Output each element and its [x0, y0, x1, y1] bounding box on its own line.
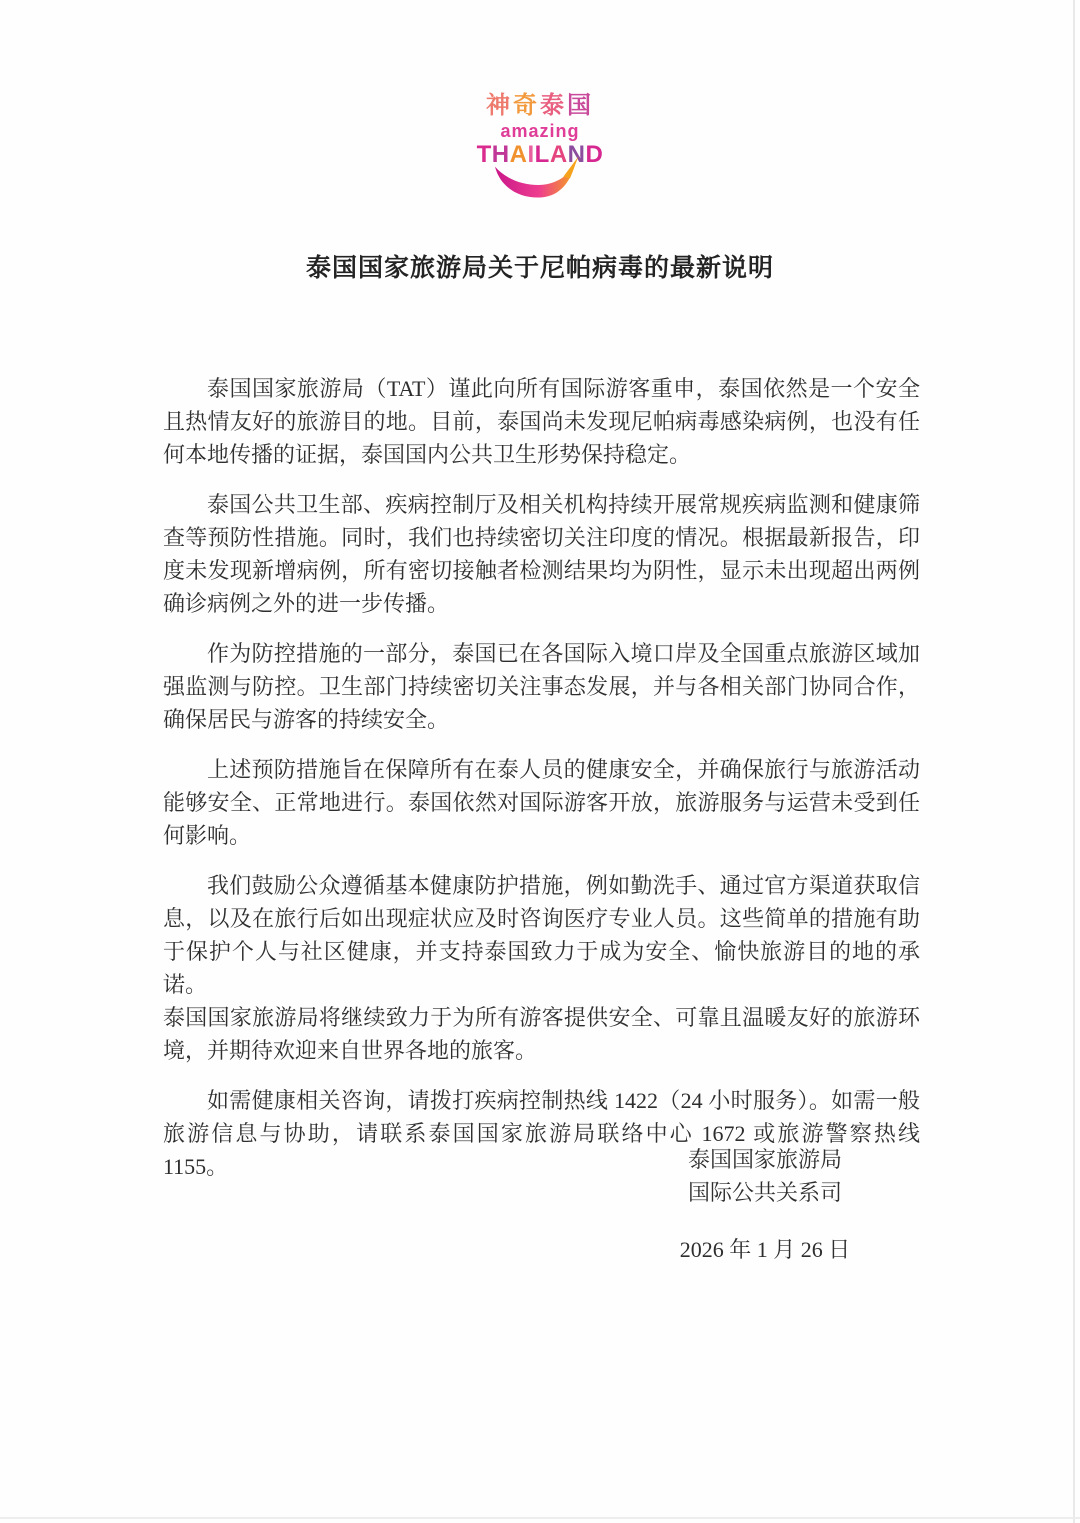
logo-cn-char: 神 — [486, 92, 513, 119]
document-body: 泰国国家旅游局（TAT）谨此向所有国际游客重申，泰国依然是一个安全且热情友好的旅… — [163, 372, 920, 1200]
paragraph-3: 作为防控措施的一部分，泰国已在各国际入境口岸及全国重点旅游区域加强监测与防控。卫… — [163, 637, 920, 736]
logo-chinese-wordmark: 神奇泰国 — [0, 94, 1080, 120]
logo-thailand-letter: T — [477, 141, 492, 168]
paragraph-5: 我们鼓励公众遵循基本健康防护措施，例如勤洗手、通过官方渠道获取信息，以及在旅行后… — [163, 869, 920, 1001]
signature-org: 泰国国家旅游局 — [680, 1143, 851, 1176]
page-bottom-edge — [0, 1517, 1080, 1519]
logo-thailand-letter: D — [586, 141, 604, 168]
logo-thailand-letter: A — [510, 141, 528, 168]
paragraph-2: 泰国公共卫生部、疾病控制厅及相关机构持续开展常规疾病监测和健康筛查等预防性措施。… — [163, 488, 920, 620]
logo-amazing-text: amazing — [0, 122, 1080, 142]
logo-cn-char: 国 — [567, 92, 594, 119]
page-right-edge — [1073, 0, 1075, 1523]
paragraph-4: 上述预防措施旨在保障所有在泰人员的健康安全，并确保旅行与旅游活动能够安全、正常地… — [163, 753, 920, 852]
paragraph-1: 泰国国家旅游局（TAT）谨此向所有国际游客重申，泰国依然是一个安全且热情友好的旅… — [163, 372, 920, 471]
signature-inner: 泰国国家旅游局 国际公共关系司 2026 年 1 月 26 日 — [680, 1143, 851, 1266]
logo-cn-char: 奇 — [513, 92, 540, 119]
logo-thailand-letter: A — [550, 141, 568, 168]
document-page: 神奇泰国 amazing THAILAND 泰国国家旅游局关于尼帕病毒的最新说明… — [0, 0, 1080, 1523]
logo-thailand-wordmark: THAILAND — [0, 143, 1080, 165]
document-title: 泰国国家旅游局关于尼帕病毒的最新说明 — [0, 248, 1080, 284]
amazing-thailand-logo: 神奇泰国 amazing THAILAND — [0, 94, 1080, 205]
logo-cn-char: 泰 — [540, 92, 567, 119]
logo-thailand-letter: I — [527, 141, 534, 168]
logo-thailand-letter: N — [568, 141, 586, 168]
signature-dept: 国际公共关系司 — [680, 1176, 851, 1209]
signature-date: 2026 年 1 月 26 日 — [680, 1233, 851, 1266]
signature-block: 泰国国家旅游局 国际公共关系司 2026 年 1 月 26 日 — [0, 1143, 1080, 1266]
logo-thailand-letter: H — [492, 141, 510, 168]
paragraph-6: 泰国国家旅游局将继续致力于为所有游客提供安全、可靠且温暖友好的旅游环境，并期待欢… — [163, 1001, 920, 1067]
logo-thailand-letter: L — [535, 141, 550, 168]
